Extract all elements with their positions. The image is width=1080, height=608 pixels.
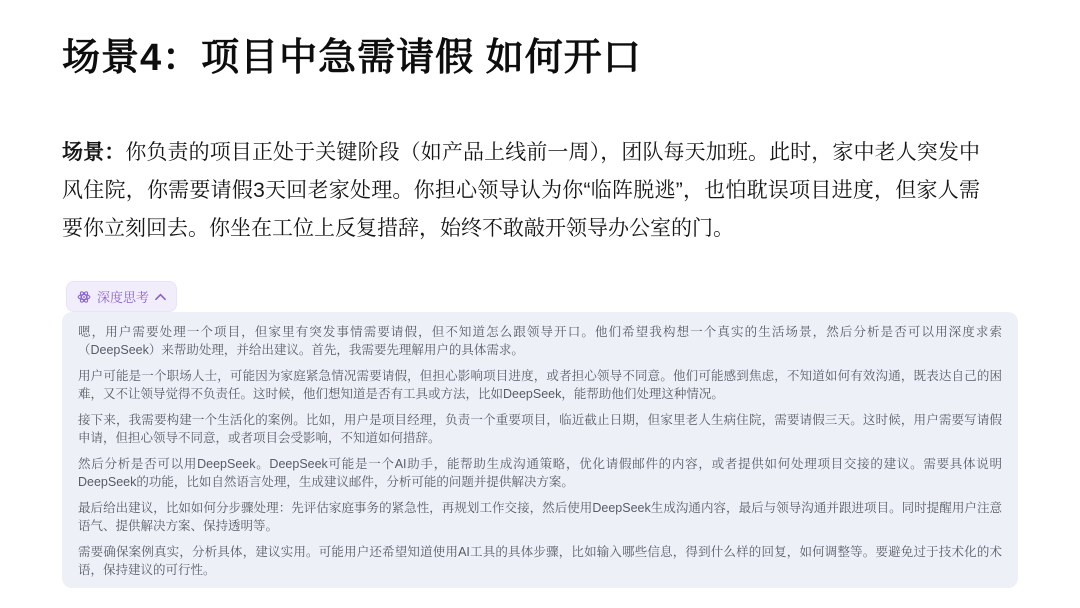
deep-think-icon xyxy=(77,290,91,304)
scenario-label: 场景： xyxy=(62,141,125,164)
slide-page: 场景4：项目中急需请假 如何开口 场景：你负责的项目正处于关键阶段（如产品上线前… xyxy=(0,0,1080,608)
think-paragraph: 接下来，我需要构建一个生活化的案例。比如，用户是项目经理，负责一个重要项目，临近… xyxy=(78,411,1002,447)
think-paragraph: 需要确保案例真实，分析具体，建议实用。可能用户还希望知道使用AI工具的具体步骤，… xyxy=(78,543,1002,579)
chevron-up-icon[interactable] xyxy=(155,293,166,301)
deep-think-toggle[interactable]: 深度思考 xyxy=(66,281,177,312)
deep-think-panel: 嗯，用户需要处理一个项目，但家里有突发事情需要请假，但不知道怎么跟领导开口。他们… xyxy=(62,312,1018,588)
deep-think-label: 深度思考 xyxy=(97,287,149,306)
scenario-text: 你负责的项目正处于关键阶段（如产品上线前一周），团队每天加班。此时，家中老人突发… xyxy=(62,141,980,240)
page-title: 场景4：项目中急需请假 如何开口 xyxy=(62,36,642,82)
scenario-paragraph: 场景：你负责的项目正处于关键阶段（如产品上线前一周），团队每天加班。此时，家中老… xyxy=(62,134,980,248)
think-paragraph: 最后给出建议，比如如何分步骤处理：先评估家庭事务的紧急性，再规划工作交接，然后使… xyxy=(78,499,1002,535)
think-paragraph: 然后分析是否可以用DeepSeek。DeepSeek可能是一个AI助手，能帮助生… xyxy=(78,455,1002,491)
think-paragraph: 嗯，用户需要处理一个项目，但家里有突发事情需要请假，但不知道怎么跟领导开口。他们… xyxy=(78,323,1002,359)
think-paragraph: 用户可能是一个职场人士，可能因为家庭紧急情况需要请假，但担心影响项目进度，或者担… xyxy=(78,367,1002,403)
